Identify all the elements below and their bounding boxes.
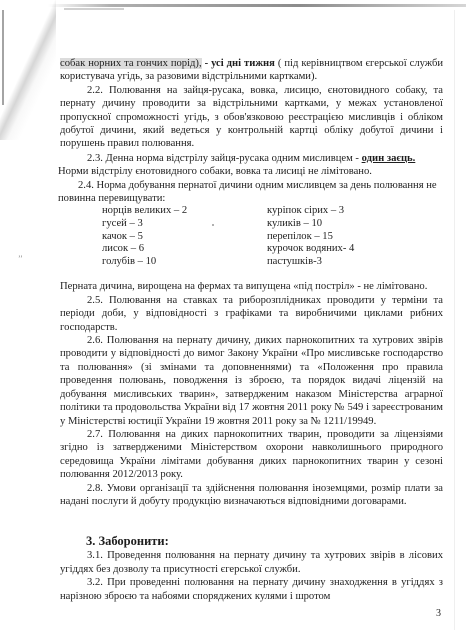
paragraph-3-1: 3.1. Проведення полювання на пернату дич… <box>60 549 443 576</box>
page-number: 3 <box>436 608 441 619</box>
paragraph-2-7: 2.7. Полювання на диких парнокопитних тв… <box>60 428 443 482</box>
margin-mark: ’’ <box>18 254 23 263</box>
paragraph-continuation: собак норних та гончих порід), - усі дні… <box>60 57 443 84</box>
section-3-heading: 3. Заборонити: <box>86 534 443 549</box>
highlighted-text: собак норних та гончих порід), <box>60 58 202 69</box>
norm-item: пастушків-3 <box>267 256 427 269</box>
norm-item: перепілок – 15 <box>267 231 427 244</box>
paragraph-2-3-continuation: Норми відстрілу єнотовидного собаки, вов… <box>58 165 443 178</box>
spacer <box>60 508 443 534</box>
norm-item: куликів – 10 <box>267 218 427 231</box>
scan-edge-top <box>48 4 466 7</box>
scan-fold-shadow <box>0 0 56 140</box>
norm-item: лисок – 6 <box>102 243 267 256</box>
norm-item: курiпок сірих – 3 <box>267 205 427 218</box>
paragraph-3-2: 3.2. При проведенні полювання на пернату… <box>60 576 443 603</box>
bold-all-days: - усі дні тижня <box>202 58 275 69</box>
paragraph-2-8: 2.8. Умови організації та здійснення пол… <box>60 482 443 509</box>
norm-item: норців великих – 2 <box>102 205 267 218</box>
paragraph-2-5: 2.5. Полювання на ставках та риборозплід… <box>60 294 443 334</box>
paragraph-2-3: 2.3. Денна норма відстрілу зайця-русака … <box>60 152 443 165</box>
norm-item: гусей – 3 <box>102 218 267 231</box>
bird-norms-list: норців великих – 2 курiпок сірих – 3 гус… <box>102 205 443 268</box>
norm-item: курочок водяних- 4 <box>267 243 427 256</box>
bold-one-hare: один заєць. <box>362 153 416 164</box>
paragraph-2-3-text: 2.3. Денна норма відстрілу зайця-русака … <box>87 153 362 164</box>
norm-item: голубів – 10 <box>102 256 267 269</box>
paragraph-2-4: 2.4. Норма добування пернатої дичини одн… <box>58 179 443 206</box>
norm-item: качок – 5 <box>102 231 267 244</box>
document-page: собак норних та гончих порід), - усі дні… <box>60 57 443 603</box>
spacer <box>60 268 443 280</box>
scan-edge-left <box>2 10 4 105</box>
paragraph-2-6: 2.6. Полювання на пернату дичину, диких … <box>60 334 443 428</box>
scan-edge-top-secondary <box>64 8 124 10</box>
paragraph-farm-birds: Пернатa дичина, вирощена на фермах та ви… <box>60 280 443 293</box>
paragraph-2-2: 2.2. Полювання на зайця-русака, вовка, л… <box>60 84 443 151</box>
scan-edge-right <box>454 10 455 630</box>
